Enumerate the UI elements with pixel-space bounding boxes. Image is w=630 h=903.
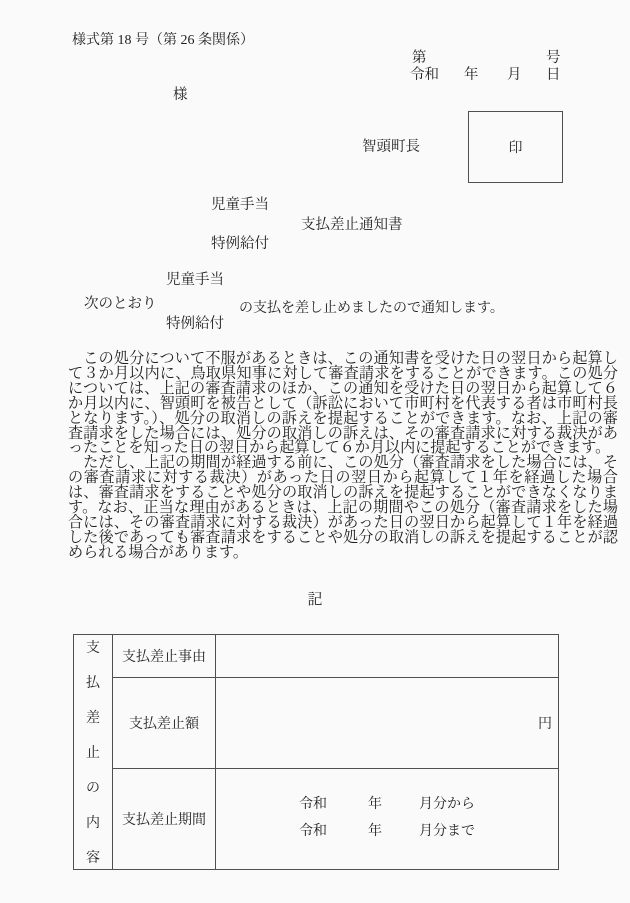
addressee-honorific: 様 (173, 87, 188, 103)
row-header-char: 払 (86, 672, 100, 692)
opening-lead: 次のとおり (84, 296, 157, 312)
date-year-unit: 年 (464, 67, 479, 83)
row-header-char: 支 (86, 637, 100, 657)
opening-option-child-allowance: 児童手当 (166, 272, 224, 288)
document-title: 支払差止通知書 (301, 217, 403, 233)
row-header-char: 内 (86, 812, 100, 832)
period-from-year-unit: 年 (368, 793, 382, 813)
table-row-header-vertical: 支 払 差 止 の 内 容 (74, 635, 113, 869)
form-number: 様式第 18 号（第 26 条関係） (72, 33, 254, 48)
doc-number-prefix: 第 (412, 50, 427, 66)
period-to-era: 令和 (299, 820, 327, 840)
title-option-special-benefit: 特例給付 (211, 236, 269, 252)
title-option-child-allowance: 児童手当 (211, 197, 269, 213)
opening-tail: の支払を差し止めましたので通知します。 (239, 297, 504, 317)
seal-box: 印 (468, 111, 563, 183)
value-suspension-reason (216, 635, 558, 678)
label-suspension-amount: 支払差止額 (113, 678, 216, 769)
suspension-details-table: 支 払 差 止 の 内 容 支払差止事由 支払差止額 円 支払差止期間 令和 年… (73, 634, 559, 870)
date-month-unit: 月 (507, 67, 522, 83)
opening-option-special-benefit: 特例給付 (166, 316, 224, 332)
period-from-month-unit: 月分から (419, 793, 475, 813)
value-suspension-period: 令和 年 月分から 令和 年 月分まで (216, 769, 558, 869)
document-page: 様式第 18 号（第 26 条関係） 第 号 令和 年 月 日 様 智頭町長 印… (0, 0, 630, 903)
label-suspension-reason: 支払差止事由 (113, 635, 216, 678)
ki-marker: 記 (0, 588, 630, 609)
period-to-year-unit: 年 (368, 820, 382, 840)
yen-unit: 円 (538, 713, 552, 733)
row-header-char: の (86, 777, 100, 797)
period-from-era: 令和 (299, 793, 327, 813)
appeal-paragraph-1: この処分について不服があるときは、この通知書を受けた日の翌日から起算して３か月以… (68, 352, 618, 456)
date-era: 令和 (410, 67, 439, 83)
seal-label: 印 (509, 137, 523, 157)
row-header-char: 容 (86, 847, 100, 867)
appeal-notice-text: この処分について不服があるときは、この通知書を受けた日の翌日から起算して３か月以… (68, 352, 618, 561)
period-to-month-unit: 月分まで (419, 820, 475, 840)
row-header-char: 止 (86, 742, 100, 762)
issuer-title: 智頭町長 (362, 139, 420, 155)
label-suspension-period: 支払差止期間 (113, 769, 216, 869)
doc-number-suffix: 号 (546, 50, 561, 66)
date-day-unit: 日 (546, 67, 561, 83)
appeal-paragraph-2: ただし、上記の期間が経過する前に、この処分（審査請求をした場合には、その審査請求… (68, 456, 618, 560)
row-header-char: 差 (86, 707, 100, 727)
value-suspension-amount: 円 (216, 678, 558, 769)
